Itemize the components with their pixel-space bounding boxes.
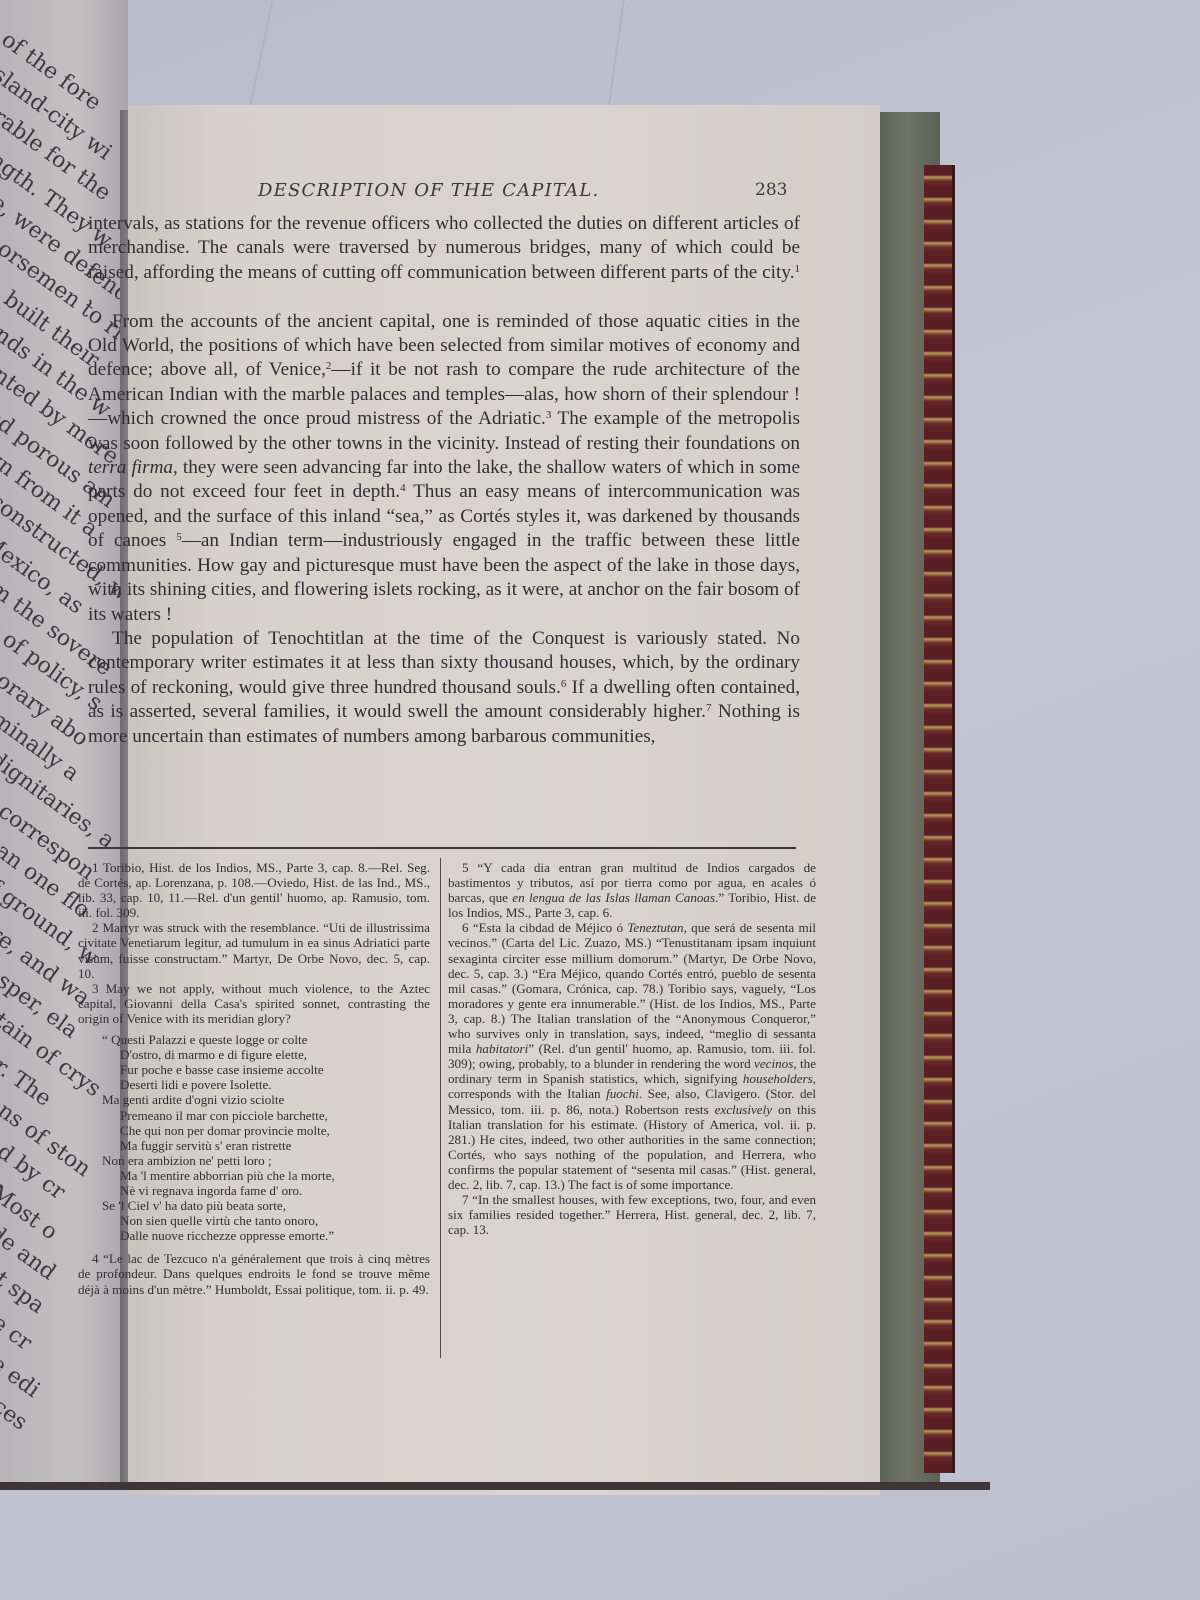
- footnotes-right-column: 5 “Y cada dia entran gran multitud de In…: [448, 860, 816, 1237]
- italic-text: Teneztutan: [627, 920, 683, 935]
- running-head: DESCRIPTION OF THE CAPITAL.: [258, 180, 599, 201]
- footnote-4: 4 “Le lac de Tezcuco n'a généralement qu…: [78, 1251, 430, 1296]
- italic-text: vecinos: [754, 1056, 793, 1071]
- footnote-5: 5 “Y cada dia entran gran multitud de In…: [448, 860, 816, 920]
- footnote-1: 1 Toribio, Hist. de los Indios, MS., Par…: [78, 860, 430, 920]
- italic-text: terra firma: [88, 457, 173, 478]
- poem-line: Dalle nuove ricchezze oppresse emorte.”: [92, 1228, 430, 1243]
- poem-line: Deserti lidi e povere Isolette.: [92, 1077, 430, 1092]
- poem-line: Ma fuggir servitù s' eran ristrette: [92, 1138, 430, 1153]
- footnote-2: 2 Martyr was struck with the resemblance…: [78, 920, 430, 980]
- poem-line: Se 'l Ciel v' ha dato più beata sorte,: [92, 1198, 430, 1213]
- text-run: intervals, as stations for the revenue o…: [88, 213, 800, 283]
- text-run: —an Indian term—industriously engaged in…: [88, 530, 800, 624]
- italic-text: householders: [743, 1071, 813, 1086]
- table-seam: [249, 1, 274, 109]
- poem-line: “ Questi Palazzi e queste logge or colte: [92, 1032, 430, 1047]
- poem-line: D'ostro, di marmo e di figure elette,: [92, 1047, 430, 1062]
- poem-line: Che qui non per domar provincie molte,: [92, 1123, 430, 1138]
- body-paragraph: The population of Tenochtitlan at the ti…: [88, 627, 800, 749]
- footnote-ref: 1: [795, 263, 801, 275]
- body-paragraph: From the accounts of the ancient capital…: [88, 310, 800, 627]
- text-run: , que será de sesenta mil vecinos.” (Car…: [448, 920, 816, 1056]
- italic-text: exclusively: [715, 1102, 772, 1117]
- table-seam: [607, 0, 624, 109]
- footnote-rule: [88, 847, 796, 849]
- sonnet-quotation: “ Questi Palazzi e queste logge or colte…: [92, 1032, 430, 1243]
- footnote-7: 7 “In the smallest houses, with few exce…: [448, 1192, 816, 1237]
- italic-text: fuochi: [606, 1086, 639, 1101]
- footnote-column-divider: [440, 858, 441, 1358]
- page-number: 283: [755, 180, 787, 200]
- poem-line: Fur poche e basse case insieme accolte: [92, 1062, 430, 1077]
- text-run: .: [88, 286, 93, 307]
- poem-line: Non sien quelle virtù che tanto onoro,: [92, 1213, 430, 1228]
- poem-line: Ma genti ardite d'ogni vizio sciolte: [92, 1092, 430, 1107]
- book-cover-board: [0, 1482, 990, 1490]
- poem-line: Non era ambizion ne' petti loro ;: [92, 1153, 430, 1168]
- footnote-6: 6 “Esta la cibdad de Méjico ó Teneztutan…: [448, 920, 816, 1192]
- italic-text: en lengua de las Islas llaman Canoas: [512, 890, 715, 905]
- gilt-binding-edge: [924, 165, 955, 1473]
- poem-line: Nè vi regnava ingorda fame d' oro.: [92, 1183, 430, 1198]
- footnote-3: 3 May we not apply, without much violenc…: [78, 981, 430, 1026]
- poem-line: Premeano il mar con picciole barchette,: [92, 1108, 430, 1123]
- main-body-text: intervals, as stations for the revenue o…: [88, 212, 800, 749]
- footnotes-left-column: 1 Toribio, Hist. de los Indios, MS., Par…: [78, 860, 430, 1297]
- text-run: 6 “Esta la cibdad de Méjico ó: [462, 920, 627, 935]
- body-paragraph: intervals, as stations for the revenue o…: [88, 212, 800, 310]
- italic-text: habitatori: [476, 1041, 528, 1056]
- poem-line: Ma 'l mentire abborrian più che la morte…: [92, 1168, 430, 1183]
